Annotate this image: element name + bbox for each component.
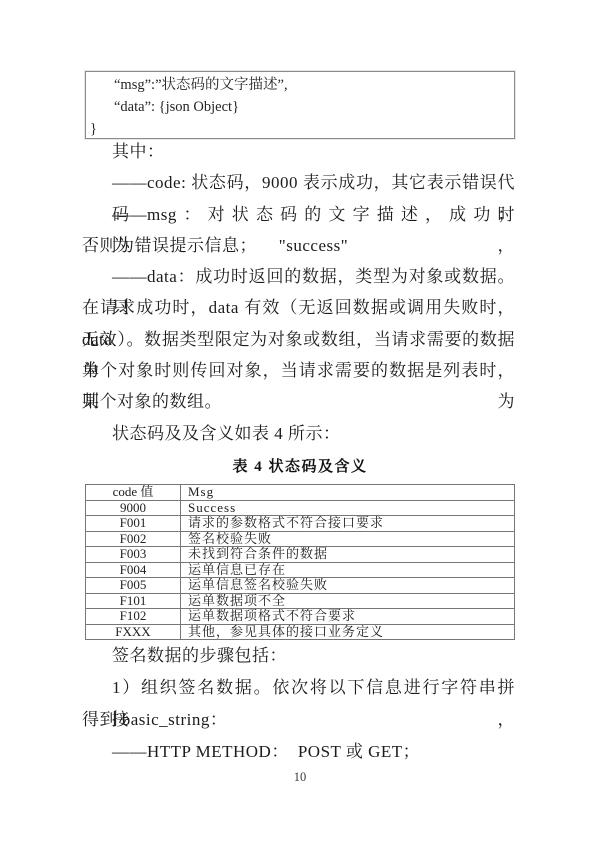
status-code-table: code 值 Msg 9000 Success F001 请求的参数格式不符合接… — [85, 484, 515, 640]
paragraph-block-1: 其中： ——code: 状态码，9000 表示成功，其它表示错误代码； ——ms… — [82, 136, 515, 449]
code-line: “msg”:”状态码的文字描述”, — [86, 74, 514, 96]
table-caption: 表 4 状态码及含义 — [85, 455, 515, 476]
table-row: F005 运单信息签名校验失败 — [86, 578, 515, 594]
table-row: F004 运单信息已存在 — [86, 562, 515, 578]
table-header-cell: Msg — [181, 485, 515, 501]
table-row: FXXX 其他，参见具体的接口业务定义 — [86, 624, 515, 640]
paragraph-block-2: 签名数据的步骤包括： 1）组织签名数据。依次将以下信息进行字符串拼接， 得到 b… — [82, 640, 515, 768]
text-line: ——HTTP METHOD： POST 或 GET； — [82, 736, 515, 768]
text-line: ——code: 状态码，9000 表示成功，其它表示错误代码； — [82, 167, 515, 198]
table-cell: 请求的参数格式不符合接口要求 — [181, 516, 515, 532]
table-cell: FXXX — [86, 624, 181, 640]
table-cell: F003 — [86, 547, 181, 563]
text-line: 无效）。数据类型限定为对象或数组，当请求需要的数据为 — [82, 324, 515, 355]
table-cell: F102 — [86, 609, 181, 625]
code-block: “msg”:”状态码的文字描述”, “data”: {json Object} … — [85, 71, 515, 139]
text-line: 在请求成功时，data 有效（无返回数据或调用失败时，data — [82, 292, 515, 323]
table-cell: 运单信息已存在 — [181, 562, 515, 578]
table-row: F101 运单数据项不全 — [86, 593, 515, 609]
table-cell: F101 — [86, 593, 181, 609]
table-cell: 运单信息签名校验失败 — [181, 578, 515, 594]
table-row: F001 请求的参数格式不符合接口要求 — [86, 516, 515, 532]
table-cell: 未找到符合条件的数据 — [181, 547, 515, 563]
table-cell: 运单数据项格式不符合要求 — [181, 609, 515, 625]
text-line: ——msg：对状态码的文字描述，成功时为"success"， — [82, 199, 515, 230]
table-row: F002 签名校验失败 — [86, 531, 515, 547]
table-row: F102 运单数据项格式不符合要求 — [86, 609, 515, 625]
text-line: 签名数据的步骤包括： — [82, 640, 515, 672]
table-row: 9000 Success — [86, 500, 515, 516]
table-cell: 9000 — [86, 500, 181, 516]
table-header-cell: code 值 — [86, 485, 181, 501]
text-line: 其中： — [82, 136, 515, 167]
text-line: 单个对象时则传回对象，当请求需要的数据是列表时，则为 — [82, 355, 515, 386]
table-cell: Success — [181, 500, 515, 516]
document-page: “msg”:”状态码的文字描述”, “data”: {json Object} … — [0, 0, 600, 848]
table-cell: F004 — [86, 562, 181, 578]
table-cell: F005 — [86, 578, 181, 594]
text-line: 1）组织签名数据。依次将以下信息进行字符串拼接， — [82, 672, 515, 704]
page-number: 10 — [0, 770, 600, 785]
table-cell: 运单数据项不全 — [181, 593, 515, 609]
text-line: ——data：成功时返回的数据，类型为对象或数据。只 — [82, 261, 515, 292]
table-cell: F001 — [86, 516, 181, 532]
table-cell: 签名校验失败 — [181, 531, 515, 547]
table-cell: F002 — [86, 531, 181, 547]
table-row: F003 未找到符合条件的数据 — [86, 547, 515, 563]
table-header-row: code 值 Msg — [86, 485, 515, 501]
text-line: 状态码及及含义如表 4 所示： — [82, 418, 515, 449]
code-line: “data”: {json Object} — [86, 96, 514, 118]
table-cell: 其他，参见具体的接口业务定义 — [181, 624, 515, 640]
